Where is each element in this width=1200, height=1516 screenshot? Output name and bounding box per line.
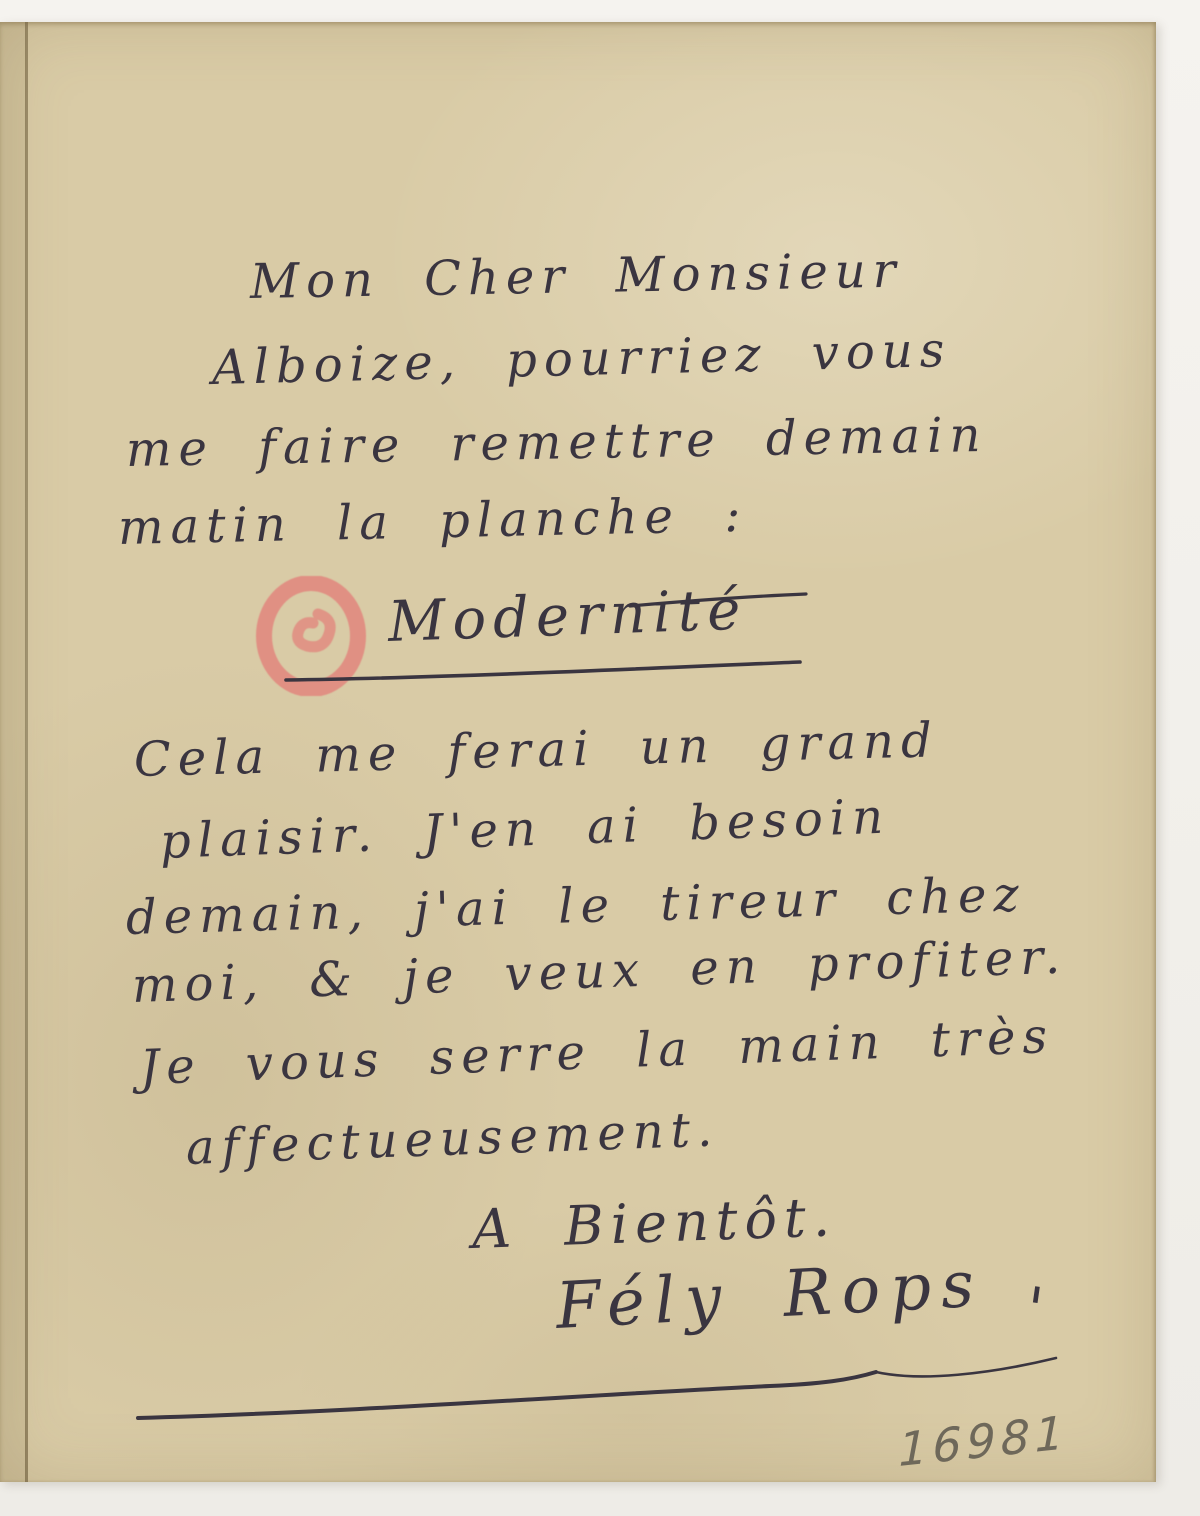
letter-line: Je vous serre la main très [139, 1008, 1055, 1096]
letter-line: matin la planche : [117, 487, 747, 556]
signature-tick-mark: ' [1021, 1274, 1054, 1347]
letter-line: plaisir. J'en ai besoin [159, 789, 891, 870]
fold-crease-line [25, 22, 28, 1482]
signature: Fély Rops [554, 1248, 986, 1344]
letter-line: Mon Cher Monsieur [250, 243, 904, 310]
letter-line: me faire remettre demain [126, 407, 988, 478]
fold-strip [0, 22, 26, 1482]
letter-line: affectueusement. [185, 1101, 720, 1176]
letter-paper: Mon Cher Monsieur Alboize, pourriez vous… [0, 22, 1156, 1482]
letter-line: Alboize, pourriez vous [211, 322, 952, 396]
letter-line: Cela me ferai un grand [133, 712, 939, 788]
modernite-underline-stroke [278, 588, 818, 698]
letter-closing: A Bientôt. [471, 1185, 838, 1261]
